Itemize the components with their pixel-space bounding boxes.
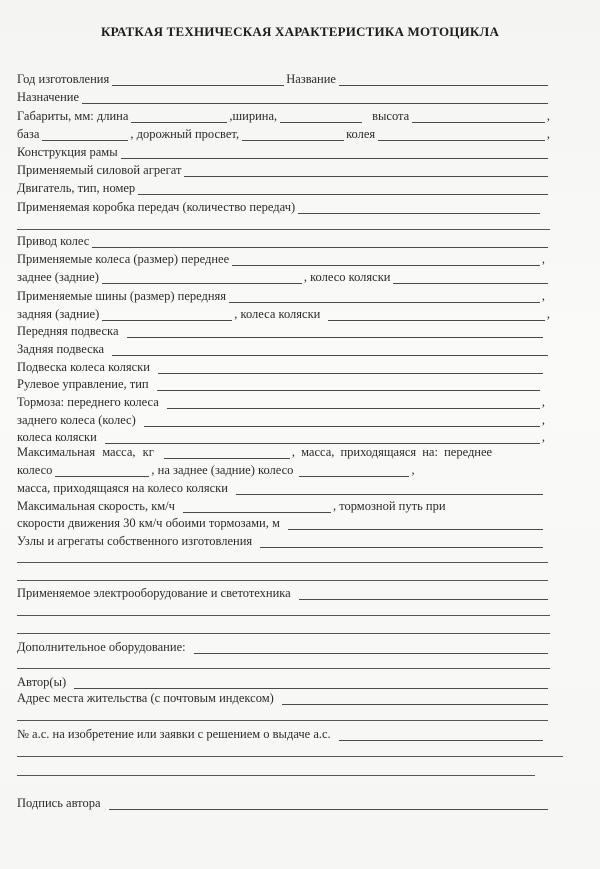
row-front-suspension: Передняя подвеска — [17, 324, 545, 340]
field-frame[interactable] — [121, 158, 548, 159]
row-mass-sidecar: масса, приходящаяся на колесо коляски — [17, 481, 545, 497]
field-wheels-front[interactable] — [232, 265, 540, 266]
row-wheels-front: Применяемые колеса (размер) переднее , — [17, 252, 545, 268]
field-track[interactable] — [378, 140, 545, 141]
field-tires-front[interactable] — [229, 302, 540, 303]
field-tires-rear[interactable] — [102, 320, 232, 321]
row-dimensions: Габариты, мм: длина ,ширина, высота , — [17, 109, 550, 125]
label-purpose: Назначение — [17, 90, 79, 106]
comma: , — [411, 463, 414, 479]
field-gearbox-continued[interactable] — [17, 229, 550, 230]
row-steering: Рулевое управление, тип — [17, 377, 542, 393]
row-gearbox: Применяемая коробка передач (количество … — [17, 200, 542, 216]
field-electrical-continued-1[interactable] — [17, 615, 550, 616]
field-length[interactable] — [131, 122, 227, 123]
field-drive[interactable] — [92, 247, 548, 248]
row-base: база , дорожный просвет, колея , — [17, 127, 550, 143]
field-mass-front-wheel[interactable] — [55, 476, 149, 477]
field-power-unit[interactable] — [184, 176, 548, 177]
label-brake-distance-2: скорости движения 30 км/ч обоими тормоза… — [17, 516, 280, 532]
field-brakes-rear[interactable] — [144, 426, 540, 427]
row-patent: № а.с. на изобретение или заявки с решен… — [17, 727, 545, 743]
field-wheels-rear[interactable] — [102, 283, 302, 284]
row-power-unit: Применяемый силовой агрегат — [17, 163, 550, 179]
field-mass-rear[interactable] — [299, 476, 409, 477]
label-patent: № а.с. на изобретение или заявки с решен… — [17, 727, 331, 743]
label-mass-sidecar: масса, приходящаяся на колесо коляски — [17, 481, 228, 497]
label-tires-rear: задняя (задние) — [17, 307, 99, 323]
row-frame: Конструкция рамы — [17, 145, 550, 161]
field-front-suspension[interactable] — [127, 337, 544, 338]
label-steering: Рулевое управление, тип — [17, 377, 149, 393]
label-power-unit: Применяемый силовой агрегат — [17, 163, 181, 179]
label-track: колея — [346, 127, 375, 143]
label-rear-suspension: Задняя подвеска — [17, 342, 104, 358]
label-brakes-sidecar: колеса коляски — [17, 430, 97, 446]
field-authors[interactable] — [74, 688, 548, 689]
field-base[interactable] — [42, 140, 128, 141]
field-brake-distance[interactable] — [288, 529, 543, 530]
field-clearance[interactable] — [242, 140, 344, 141]
field-engine[interactable] — [138, 194, 548, 195]
form-page: КРАТКАЯ ТЕХНИЧЕСКАЯ ХАРАКТЕРИСТИКА МОТОЦ… — [0, 0, 600, 869]
form-title: КРАТКАЯ ТЕХНИЧЕСКАЯ ХАРАКТЕРИСТИКА МОТОЦ… — [0, 24, 600, 40]
field-year[interactable] — [112, 85, 284, 86]
label-clearance: , дорожный просвет, — [130, 127, 239, 143]
row-extra: Дополнительное оборудование: — [17, 640, 550, 656]
field-name[interactable] — [339, 85, 548, 86]
row-max-speed: Максимальная скорость, км/ч , тормозной … — [17, 499, 570, 515]
label-wheels-rear: заднее (задние) — [17, 270, 99, 286]
label-mass-front: , масса, приходящаяся на: переднее — [292, 445, 492, 461]
field-own-units-continued-1[interactable] — [17, 562, 548, 563]
row-drive: Привод колес — [17, 234, 550, 250]
label-year: Год изготовления — [17, 72, 109, 88]
field-steering[interactable] — [157, 390, 540, 391]
comma: , — [547, 307, 550, 323]
label-height: высота — [372, 109, 409, 125]
row-authors: Автор(ы) — [17, 675, 550, 691]
label-base: база — [17, 127, 39, 143]
label-wheels-front: Применяемые колеса (размер) переднее — [17, 252, 229, 268]
row-brakes-sidecar: колеса коляски , — [17, 430, 545, 446]
label-brakes-rear: заднего колеса (колес) — [17, 413, 136, 429]
row-purpose: Назначение — [17, 90, 550, 106]
field-purpose[interactable] — [82, 103, 548, 104]
row-signature: Подпись автора — [17, 796, 550, 812]
label-max-mass: Максимальная масса, кг — [17, 445, 154, 461]
label-gearbox: Применяемая коробка передач (количество … — [17, 200, 295, 216]
field-brakes-front[interactable] — [167, 408, 540, 409]
label-address: Адрес места жительства (с почтовым индек… — [17, 691, 274, 707]
row-engine: Двигатель, тип, номер — [17, 181, 550, 197]
comma: , — [547, 127, 550, 143]
label-length: Габариты, мм: длина — [17, 109, 128, 125]
label-brakes-front: Тормоза: переднего колеса — [17, 395, 159, 411]
label-tires-front: Применяемые шины (размер) передняя — [17, 289, 226, 305]
comma: , — [542, 430, 545, 446]
label-frame: Конструкция рамы — [17, 145, 118, 161]
label-mass-rear: , на заднее (задние) колесо — [151, 463, 293, 479]
field-patent-continued-1[interactable] — [17, 756, 563, 757]
label-authors: Автор(ы) — [17, 675, 66, 691]
label-wheels-sidecar: , колесо коляски — [304, 270, 391, 286]
field-address[interactable] — [282, 704, 548, 705]
row-wheels-rear: заднее (задние) , колесо коляски — [17, 270, 550, 286]
row-electrical: Применяемое электрооборудование и светот… — [17, 586, 550, 602]
comma: , — [542, 413, 545, 429]
comma: , — [542, 289, 545, 305]
label-max-speed: Максимальная скорость, км/ч — [17, 499, 175, 515]
label-extra: Дополнительное оборудование: — [17, 640, 186, 656]
label-front-suspension: Передняя подвеска — [17, 324, 119, 340]
field-rear-suspension[interactable] — [112, 355, 548, 356]
label-engine: Двигатель, тип, номер — [17, 181, 135, 197]
row-tires-front: Применяемые шины (размер) передняя , — [17, 289, 545, 305]
row-brake-distance: скорости движения 30 км/ч обоими тормоза… — [17, 516, 545, 532]
field-extra-continued[interactable] — [17, 668, 550, 669]
label-name: Название — [286, 72, 336, 88]
field-tires-sidecar[interactable] — [328, 320, 545, 321]
field-own-units-continued-2[interactable] — [17, 580, 548, 581]
label-width: ,ширина, — [229, 109, 277, 125]
field-width[interactable] — [280, 122, 362, 123]
field-height[interactable] — [412, 122, 545, 123]
field-wheels-sidecar[interactable] — [393, 283, 548, 284]
row-year-name: Год изготовления Название — [17, 72, 550, 88]
row-mass-front-wheel: колесо , на заднее (задние) колесо , — [17, 463, 550, 479]
label-mass-front-wheel: колесо — [17, 463, 52, 479]
field-extra[interactable] — [194, 653, 548, 654]
field-electrical-continued-2[interactable] — [17, 633, 550, 634]
field-patent[interactable] — [339, 740, 543, 741]
field-signature[interactable] — [109, 809, 548, 810]
field-patent-continued-2[interactable] — [17, 775, 535, 776]
row-rear-suspension: Задняя подвеска — [17, 342, 550, 358]
row-brakes-rear: заднего колеса (колес) , — [17, 413, 545, 429]
row-sidecar-suspension: Подвеска колеса коляски — [17, 360, 545, 376]
label-brake-distance: , тормозной путь при — [333, 499, 446, 515]
field-electrical[interactable] — [299, 599, 548, 600]
row-brakes-front: Тормоза: переднего колеса , — [17, 395, 545, 411]
label-drive: Привод колес — [17, 234, 89, 250]
row-address: Адрес места жительства (с почтовым индек… — [17, 691, 550, 707]
field-sidecar-suspension[interactable] — [158, 373, 543, 374]
row-tires-rear: задняя (задние) , колеса коляски , — [17, 307, 550, 323]
label-sidecar-suspension: Подвеска колеса коляски — [17, 360, 150, 376]
label-own-units: Узлы и агрегаты собственного изготовлени… — [17, 534, 252, 550]
row-own-units: Узлы и агрегаты собственного изготовлени… — [17, 534, 545, 550]
label-signature: Подпись автора — [17, 796, 101, 812]
field-mass-sidecar[interactable] — [236, 494, 543, 495]
comma: , — [542, 395, 545, 411]
field-own-units[interactable] — [260, 547, 543, 548]
field-address-continued[interactable] — [17, 720, 548, 721]
field-max-speed[interactable] — [183, 512, 331, 513]
comma: , — [542, 252, 545, 268]
label-electrical: Применяемое электрооборудование и светот… — [17, 586, 291, 602]
field-brakes-sidecar[interactable] — [105, 443, 540, 444]
field-max-mass[interactable] — [164, 458, 290, 459]
comma: , — [547, 109, 550, 125]
field-gearbox[interactable] — [298, 213, 540, 214]
label-tires-sidecar: , колеса коляски — [234, 307, 320, 323]
row-max-mass: Максимальная масса, кг , масса, приходящ… — [17, 445, 570, 461]
